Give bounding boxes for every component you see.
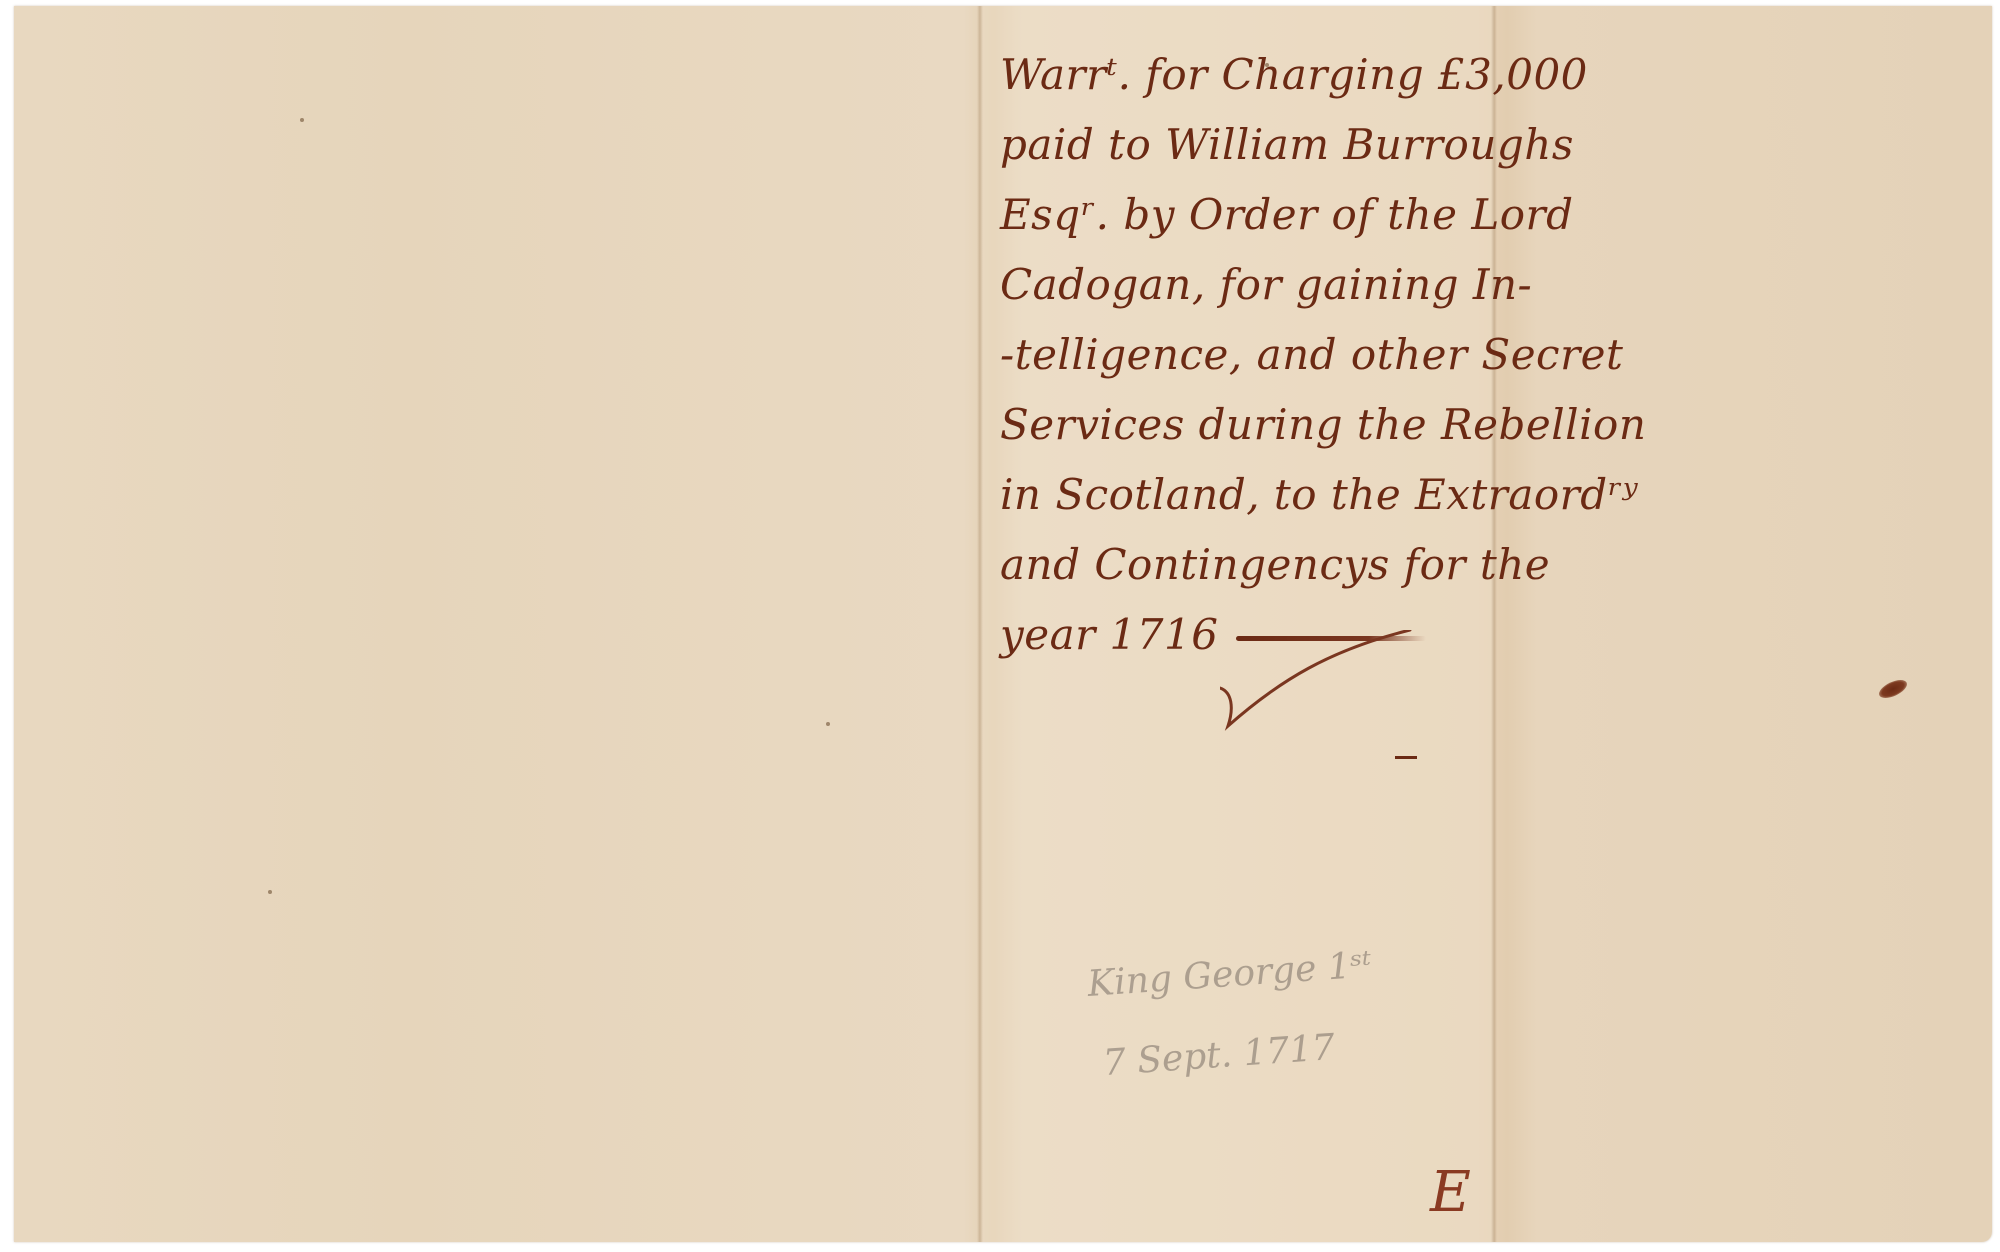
pencil-annotation: King George 1ˢᵗ 7 Sept. 1717: [1085, 925, 1380, 1104]
folio-mark: E: [1430, 1160, 1471, 1225]
docket-line-4: Cadogan, for gaining In‑: [1000, 250, 1500, 320]
left-panel-blank: [14, 6, 980, 1242]
ink-dash: [1395, 756, 1417, 759]
docket-line-7: in Scotland, to the Extraordʳʸ: [1000, 460, 1500, 530]
docket-line-2: paid to William Burroughs: [1000, 110, 1500, 180]
docket-line-1: Warrᵗ. for Charging £3,000: [1000, 40, 1500, 110]
docket-line-5: ‑telligence, and other Secret: [1000, 320, 1500, 390]
docket-line-6: Services during the Rebellion: [1000, 390, 1500, 460]
docket-line-3: Esqʳ. by Order of the Lord: [1000, 180, 1500, 250]
paper-speck: [826, 722, 830, 726]
paper-speck: [268, 890, 272, 894]
paper-speck: [300, 118, 304, 122]
fold-line-left: [977, 6, 983, 1242]
docket-line-8: and Contingencys for the: [1000, 530, 1500, 600]
docket-text: Warrᵗ. for Charging £3,000 paid to Willi…: [1000, 40, 1500, 670]
docket-year: year 1716: [1000, 610, 1218, 659]
check-mark-icon: [1220, 630, 1420, 750]
